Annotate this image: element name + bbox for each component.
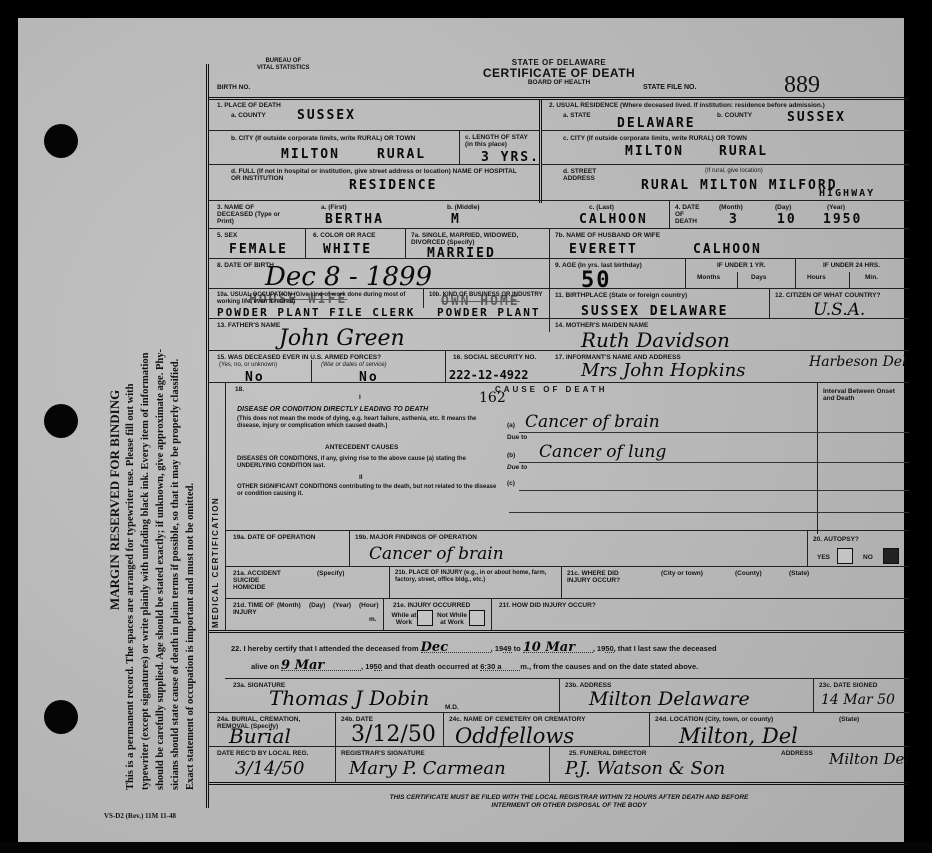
divider bbox=[383, 598, 384, 630]
state-file-label: STATE FILE NO. bbox=[643, 84, 696, 91]
middle-name-label: b. (Middle) bbox=[447, 204, 480, 211]
divider bbox=[795, 258, 796, 288]
physician-signature: Thomas J Dobin bbox=[269, 686, 429, 710]
physician-address-value: Milton Delaware bbox=[589, 688, 750, 710]
county-label: a. COUNTY bbox=[231, 112, 266, 119]
divider bbox=[305, 228, 306, 258]
filing-notice-line2: INTERMENT OR OTHER DISPOSAL OF THE BODY bbox=[289, 802, 849, 810]
cause-code: 162 bbox=[479, 390, 506, 406]
months-label: Months bbox=[697, 274, 720, 281]
divider bbox=[225, 678, 909, 679]
length-of-stay-label: c. LENGTH OF STAY (in this place) bbox=[465, 134, 537, 148]
how-injury-label: 21f. HOW DID INJURY OCCUR? bbox=[499, 602, 596, 609]
residence-city-label: c. CITY (If outside corporate limits, wr… bbox=[563, 135, 763, 142]
first-name-value: BERTHA bbox=[325, 212, 384, 227]
divider bbox=[209, 228, 909, 229]
antecedent-causes-label: ANTECEDENT CAUSES bbox=[325, 444, 398, 451]
divider bbox=[209, 782, 909, 785]
sex-label: 5. SEX bbox=[217, 232, 237, 239]
cause-b-value: Cancer of lung bbox=[539, 442, 666, 462]
divider bbox=[519, 490, 909, 491]
where-injury-label: 21c. WHERE DID INJURY OCCUR? bbox=[567, 570, 637, 584]
divider bbox=[813, 678, 814, 712]
ssn-value: 222-12-4922 bbox=[449, 368, 528, 382]
antecedent-note: DISEASES OR CONDITIONS, if any, giving r… bbox=[237, 456, 497, 470]
binding-margin-instructions: MARGIN RESERVED FOR BINDING This is a pe… bbox=[105, 70, 205, 790]
divider bbox=[423, 288, 424, 308]
last-name-label: c. (Last) bbox=[589, 204, 614, 211]
hospital-value: RESIDENCE bbox=[349, 178, 437, 193]
cause-a-value: Cancer of brain bbox=[525, 412, 660, 432]
margin-line: This is a permanent record. The spaces a… bbox=[125, 384, 136, 790]
while-at-work-checkbox[interactable] bbox=[417, 610, 433, 626]
length-of-stay-value: 3 YRS. bbox=[481, 150, 540, 165]
certify-text: 22. I hereby certify that I attended the… bbox=[231, 644, 419, 653]
race-label: 6. COLOR OR RACE bbox=[313, 232, 375, 239]
margin-heading: MARGIN RESERVED FOR BINDING bbox=[107, 390, 123, 610]
injury-hour-label: (Hour) bbox=[359, 602, 379, 609]
injury-occurred-label: 21e. INJURY OCCURRED bbox=[393, 602, 470, 609]
divider bbox=[311, 360, 312, 382]
citizen-label: 12. CITIZEN OF WHAT COUNTRY? bbox=[775, 292, 885, 299]
location-value: Milton, Del bbox=[679, 724, 798, 748]
under-one-year-label: IF UNDER 1 YR. bbox=[717, 262, 766, 269]
divider bbox=[849, 272, 850, 288]
divider bbox=[209, 258, 909, 259]
divider bbox=[209, 712, 909, 713]
divider bbox=[769, 288, 770, 318]
divider bbox=[209, 97, 909, 100]
divider bbox=[209, 200, 909, 201]
other-conditions-label: OTHER SIGNIFICANT CONDITIONS contributin… bbox=[237, 484, 497, 498]
filing-notice-line1: THIS CERTIFICATE MUST BE FILED WITH THE … bbox=[289, 794, 849, 802]
form-code: VS-D2 (Rev.) 11M 11-48 bbox=[104, 812, 176, 820]
state-file-number: 889 bbox=[784, 72, 820, 99]
location-state-label: (State) bbox=[839, 716, 859, 723]
operation-date-label: 19a. DATE OF OPERATION bbox=[233, 534, 315, 541]
divider bbox=[549, 228, 550, 332]
autopsy-no-label: NO bbox=[863, 554, 873, 561]
direct-cause-note: (This does not mean the mode of dying, e… bbox=[237, 416, 497, 430]
street-address-value-2: HIGHWAY bbox=[819, 188, 875, 199]
divider bbox=[807, 530, 808, 566]
death-certificate-form: BUREAU OF VITAL STATISTICS BIRTH NO. STA… bbox=[206, 64, 909, 808]
cause-b-label: (b) bbox=[507, 452, 515, 459]
divider bbox=[225, 566, 909, 567]
ssn-label: 16. SOCIAL SECURITY NO. bbox=[453, 354, 549, 361]
attended-to-value: 10 Mar bbox=[523, 640, 575, 655]
alive-on-value: 9 Mar bbox=[281, 658, 324, 673]
date-of-death-label: 4. DATE OF DEATH bbox=[675, 204, 705, 225]
time-of-injury-label: 21d. TIME OF INJURY bbox=[233, 602, 283, 616]
registrar-signature-label: REGISTRAR'S SIGNATURE bbox=[341, 750, 425, 757]
spouse-last-value: CALHOON bbox=[693, 242, 762, 257]
bureau-label: BUREAU OF bbox=[257, 58, 310, 65]
divider bbox=[209, 746, 909, 747]
cemetery-label: 24c. NAME OF CEMETERY OR CREMATORY bbox=[449, 716, 585, 723]
residence-state-value: DELAWARE bbox=[617, 116, 696, 131]
accident-label: 21a. ACCIDENT SUICIDE HOMICIDE bbox=[233, 570, 293, 591]
specify-label: (Specify) bbox=[317, 570, 344, 577]
alive-on-year: 50 bbox=[374, 662, 382, 671]
md-label: M.D. bbox=[445, 704, 459, 711]
certify-statement: 22. I hereby certify that I attended the… bbox=[231, 644, 717, 653]
cause-number: 18. bbox=[235, 386, 244, 393]
state-sub-label: (State) bbox=[789, 570, 809, 577]
roman-one: I bbox=[359, 394, 361, 401]
mother-name-value: Ruth Davidson bbox=[581, 328, 730, 352]
divider bbox=[349, 530, 350, 566]
year-label: (Year) bbox=[827, 204, 845, 211]
city-label: b. CITY (If outside corporate limits, wr… bbox=[231, 135, 441, 142]
usual-residence-label: 2. USUAL RESIDENCE (Where deceased lived… bbox=[549, 102, 904, 109]
divider bbox=[737, 272, 738, 288]
binding-hole bbox=[44, 124, 78, 158]
burial-date-value: 3/12/50 bbox=[351, 722, 436, 747]
occupation-struck-value: HOUSE WIFE bbox=[249, 292, 347, 307]
attended-to-year: 50 bbox=[605, 644, 613, 653]
divider bbox=[445, 350, 446, 382]
divider bbox=[541, 164, 909, 165]
document-title: CERTIFICATE OF DEATH bbox=[439, 67, 679, 79]
armed-forces-sub2: (War or dates of service) bbox=[321, 362, 387, 369]
father-name-value: John Green bbox=[279, 326, 405, 351]
residence-city-value: MILTON bbox=[625, 144, 684, 159]
due-to-label: Due to bbox=[507, 464, 527, 471]
death-city-value: MILTON bbox=[281, 147, 340, 162]
interval-label: Interval Between Onset and Death bbox=[823, 388, 903, 402]
margin-line: typewriter (except signatures) or write … bbox=[140, 353, 151, 790]
alive-on-label: alive on bbox=[251, 662, 279, 671]
injury-day-label: (Day) bbox=[309, 602, 325, 609]
date-received-value: 3/14/50 bbox=[235, 758, 304, 779]
street-address-value: RURAL MILTON MILFORD bbox=[641, 178, 838, 193]
death-city-rural: RURAL bbox=[377, 147, 426, 162]
funeral-director-value: P.J. Watson & Son bbox=[565, 758, 725, 779]
divider bbox=[443, 712, 444, 746]
divider bbox=[389, 566, 390, 598]
days-label: Days bbox=[751, 274, 767, 281]
father-name-label: 13. FATHER'S NAME bbox=[217, 322, 280, 329]
divider bbox=[225, 598, 909, 599]
cemetery-value: Oddfellows bbox=[455, 724, 574, 748]
divider bbox=[509, 512, 909, 513]
divider bbox=[685, 258, 686, 288]
marital-status-label: 7a. SINGLE, MARRIED, WIDOWED, DIVORCED (… bbox=[411, 232, 541, 246]
residence-county-label: b. COUNTY bbox=[717, 112, 752, 119]
date-signed-value: 14 Mar 50 bbox=[821, 692, 895, 708]
divider bbox=[209, 288, 909, 289]
divider bbox=[519, 462, 909, 463]
funeral-director-label: 25. FUNERAL DIRECTOR bbox=[569, 750, 646, 757]
residence-state-label: a. STATE bbox=[563, 112, 591, 119]
divider bbox=[669, 200, 670, 228]
divider bbox=[405, 228, 406, 258]
operation-findings-label: 19b. MAJOR FINDINGS OF OPERATION bbox=[355, 534, 477, 541]
divider bbox=[209, 382, 909, 383]
roman-two: II bbox=[359, 474, 363, 481]
not-while-at-work-label: Not While at Work bbox=[435, 612, 469, 626]
death-month-value: 3 bbox=[729, 212, 739, 227]
day-label: (Day) bbox=[775, 204, 791, 211]
birth-no-label: BIRTH NO. bbox=[217, 84, 250, 91]
last-name-value: CALHOON bbox=[579, 212, 648, 227]
margin-line: Exact statement of occupation is importa… bbox=[185, 483, 196, 790]
operation-findings-value: Cancer of brain bbox=[369, 544, 504, 564]
injury-year-label: (Year) bbox=[333, 602, 351, 609]
place-of-injury-label: 21b. PLACE OF INJURY (e.g., in or about … bbox=[395, 570, 555, 584]
place-of-death-label: 1. PLACE OF DEATH bbox=[217, 102, 281, 109]
autopsy-yes-checkbox[interactable] bbox=[837, 548, 853, 564]
divider bbox=[549, 746, 550, 782]
binding-hole bbox=[44, 700, 78, 734]
divider bbox=[209, 318, 909, 319]
cause-of-death-title: CAUSE OF DEATH bbox=[495, 386, 608, 393]
divider bbox=[209, 164, 539, 165]
location-label: 24d. LOCATION (City, town, or county) bbox=[655, 716, 773, 723]
divider bbox=[561, 566, 562, 598]
first-name-label: a. (First) bbox=[321, 204, 347, 211]
hours-label: Hours bbox=[807, 274, 826, 281]
spouse-label: 7b. NAME OF HUSBAND OR WIFE bbox=[555, 232, 660, 239]
race-value: WHITE bbox=[323, 242, 372, 257]
spouse-first-value: EVERETT bbox=[569, 242, 638, 257]
armed-forces-sub1: (Yes, no, or unknown) bbox=[219, 362, 277, 369]
divider bbox=[491, 598, 492, 630]
burial-type-value: Burial bbox=[229, 724, 291, 748]
divider bbox=[519, 432, 909, 433]
bureau-header: BUREAU OF VITAL STATISTICS bbox=[257, 58, 310, 72]
informant-address-value: Harbeson Del bbox=[809, 354, 907, 370]
scan-border bbox=[0, 842, 932, 853]
middle-name-value: M bbox=[451, 212, 461, 227]
certify-text: that I last saw the deceased bbox=[618, 644, 717, 653]
cause-a-label: (a) bbox=[507, 422, 515, 429]
divider bbox=[209, 630, 909, 633]
street-address-label: d. STREET ADDRESS bbox=[563, 168, 613, 182]
director-address-value: Milton Del bbox=[829, 750, 909, 768]
month-label: (Month) bbox=[719, 204, 743, 211]
divider bbox=[649, 712, 650, 746]
filing-notice: THIS CERTIFICATE MUST BE FILED WITH THE … bbox=[289, 794, 849, 810]
cause-c-label: (c) bbox=[507, 480, 515, 487]
name-of-deceased-label: 3. NAME OF DECEASED (Type or Print) bbox=[217, 204, 287, 225]
age-value: 50 bbox=[581, 268, 612, 293]
date-received-label: DATE REC'D BY LOCAL REG. bbox=[217, 750, 327, 757]
death-time-value: 6:30 a bbox=[480, 662, 501, 671]
vital-statistics-label: VITAL STATISTICS bbox=[257, 65, 310, 72]
certificate-title: STATE OF DELAWARE CERTIFICATE OF DEATH B… bbox=[439, 58, 679, 86]
birthplace-value: SUSSEX DELAWARE bbox=[581, 304, 728, 319]
divider bbox=[459, 130, 460, 164]
not-while-at-work-checkbox[interactable] bbox=[469, 610, 485, 626]
death-year-value: 1950 bbox=[823, 212, 862, 227]
armed-forces-label: 15. WAS DECEASED EVER IN U.S. ARMED FORC… bbox=[217, 354, 381, 361]
informant-name-value: Mrs John Hopkins bbox=[581, 360, 746, 381]
binding-hole bbox=[44, 404, 78, 438]
autopsy-no-checkbox[interactable] bbox=[883, 548, 899, 564]
death-day-value: 10 bbox=[777, 212, 797, 227]
divider bbox=[559, 678, 560, 712]
direct-cause-label: DISEASE OR CONDITION DIRECTLY LEADING TO… bbox=[237, 406, 428, 413]
birthplace-label: 11. BIRTHPLACE (State or foreign country… bbox=[555, 292, 687, 299]
margin-line: should be carefully supplied. Age should… bbox=[155, 349, 166, 790]
medical-certification-label: MEDICAL CERTIFICATION bbox=[211, 497, 220, 628]
director-address-label: ADDRESS bbox=[781, 750, 813, 757]
city-town-label: (City or town) bbox=[661, 570, 703, 577]
due-to-label: Due to bbox=[507, 434, 527, 441]
margin-line: sicians should state cause of death in p… bbox=[170, 359, 181, 790]
divider bbox=[209, 350, 909, 351]
attended-from-year: 49 bbox=[503, 644, 511, 653]
autopsy-yes-label: YES bbox=[817, 554, 830, 561]
injury-m-label: m. bbox=[369, 616, 377, 623]
sex-value: FEMALE bbox=[229, 242, 288, 257]
divider bbox=[209, 130, 539, 131]
date-signed-label: 23c. DATE SIGNED bbox=[819, 682, 877, 689]
while-at-work-label: While at Work bbox=[389, 612, 419, 626]
certify-text: m., from the causes and on the date stat… bbox=[520, 662, 698, 671]
injury-month-label: (Month) bbox=[277, 602, 301, 609]
citizen-value: U.S.A. bbox=[813, 300, 865, 320]
residence-city-rural: RURAL bbox=[719, 144, 768, 159]
divider bbox=[225, 382, 226, 630]
death-county-value: SUSSEX bbox=[297, 108, 356, 123]
under-24-hours-label: IF UNDER 24 HRS. bbox=[823, 262, 880, 269]
divider bbox=[541, 130, 909, 131]
county-sub-label: (County) bbox=[735, 570, 762, 577]
minutes-label: Min. bbox=[865, 274, 878, 281]
autopsy-label: 20. AUTOPSY? bbox=[813, 536, 859, 543]
certify-text: and that death occurred at bbox=[384, 662, 478, 671]
residence-county-value: SUSSEX bbox=[787, 110, 846, 125]
attended-from-value: Dec bbox=[421, 640, 448, 655]
registrar-signature-value: Mary P. Carmean bbox=[349, 758, 506, 779]
street-hint: (If rural, give location) bbox=[705, 168, 763, 175]
divider bbox=[335, 712, 336, 782]
certify-statement-line2: alive on 9 Mar, 1950 and that death occu… bbox=[251, 662, 698, 671]
